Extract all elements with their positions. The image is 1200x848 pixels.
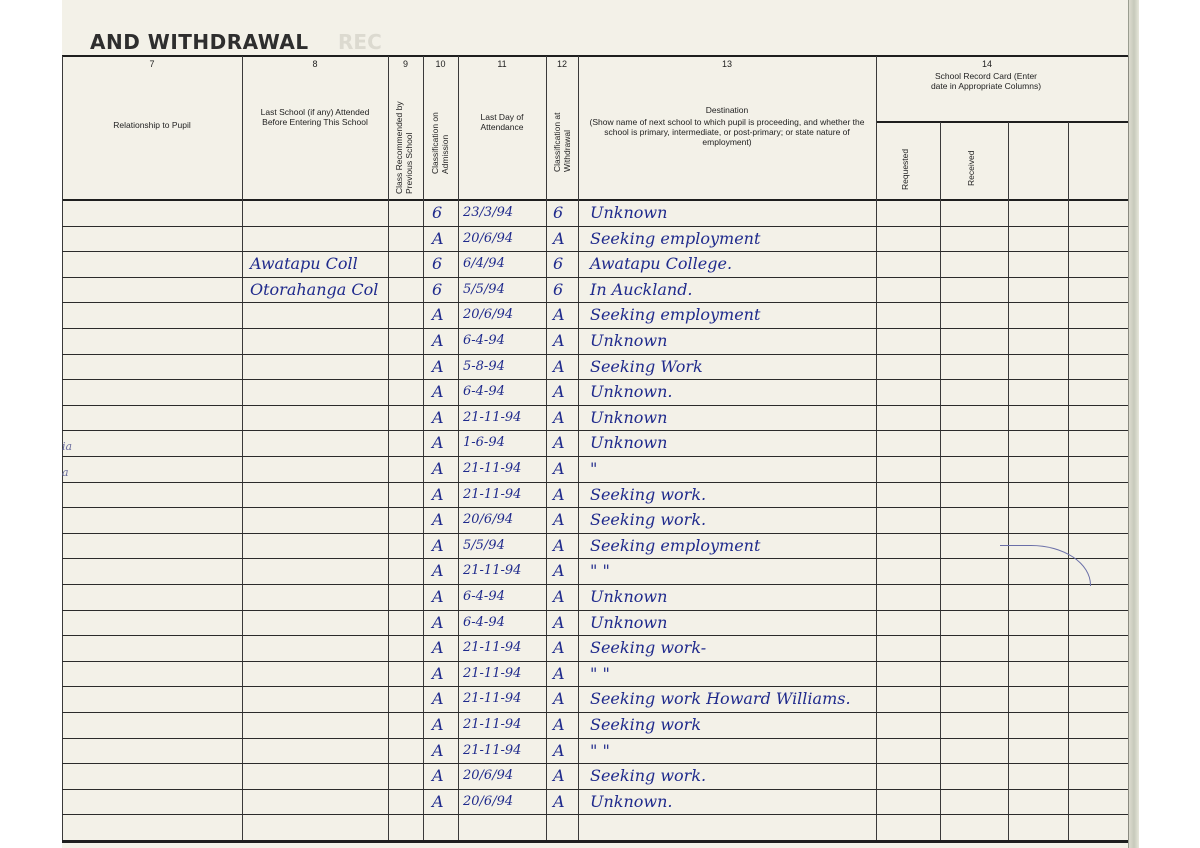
classification-withdrawal-cell: A xyxy=(553,536,565,556)
row-rule xyxy=(62,635,1128,636)
classification-admission-cell: A xyxy=(432,766,444,786)
last-day-cell: 21-11-94 xyxy=(463,408,521,428)
col-9-header: Class Recommended by Previous School xyxy=(394,84,416,194)
row-rule xyxy=(62,763,1128,764)
row-rule xyxy=(62,712,1128,713)
classification-withdrawal-cell: A xyxy=(553,408,565,428)
classification-admission-cell: A xyxy=(432,536,444,556)
last-day-cell: 21-11-94 xyxy=(463,689,521,709)
classification-withdrawal-cell: A xyxy=(553,510,565,530)
classification-withdrawal-cell: A xyxy=(553,382,565,402)
classification-admission-cell: A xyxy=(432,229,444,249)
classification-admission-cell: A xyxy=(432,357,444,377)
classification-withdrawal-cell: A xyxy=(553,459,565,479)
destination-cell: Unknown xyxy=(590,613,667,633)
row-rule xyxy=(62,430,1128,431)
classification-admission-cell: A xyxy=(432,485,444,505)
last-day-cell: 5/5/94 xyxy=(463,536,505,556)
last-day-cell: 20/6/94 xyxy=(463,766,513,786)
destination-cell: Awatapu College. xyxy=(590,254,732,274)
classification-admission-cell: A xyxy=(432,689,444,709)
last-day-cell: 6-4-94 xyxy=(463,331,505,351)
destination-cell: Seeking work xyxy=(590,715,701,735)
column-divider xyxy=(423,56,424,840)
col-12-number: 12 xyxy=(546,59,578,69)
classification-admission-cell: A xyxy=(432,715,444,735)
column-divider xyxy=(546,56,547,840)
row-rule xyxy=(62,226,1128,227)
classification-admission-cell: A xyxy=(432,741,444,761)
last-day-cell: 21-11-94 xyxy=(463,741,521,761)
col-14-number: 14 xyxy=(876,59,1098,69)
classification-withdrawal-cell: A xyxy=(553,741,565,761)
row-rule xyxy=(62,661,1128,662)
destination-cell: Seeking work Howard Williams. xyxy=(590,689,851,709)
last-day-cell: 5-8-94 xyxy=(463,357,505,377)
classification-withdrawal-cell: A xyxy=(553,766,565,786)
destination-cell: Unknown. xyxy=(590,792,673,812)
destination-cell: Unknown xyxy=(590,331,667,351)
classification-admission-cell: 6 xyxy=(432,254,442,274)
classification-admission-cell: A xyxy=(432,382,444,402)
last-day-cell: 21-11-94 xyxy=(463,561,521,581)
last-day-cell: 1-6-94 xyxy=(463,433,505,453)
destination-cell: Seeking work. xyxy=(590,510,706,530)
column-divider xyxy=(940,122,941,840)
col-14-subheader-rule xyxy=(876,121,1128,123)
margin-note: a xyxy=(62,466,69,479)
column-divider xyxy=(388,56,389,840)
col-11-header: Last Day of Attendance xyxy=(468,112,536,132)
header-top-rule xyxy=(62,55,1128,57)
col-10-number: 10 xyxy=(423,59,458,69)
last-day-cell: 23/3/94 xyxy=(463,203,513,223)
last-day-cell: 20/6/94 xyxy=(463,510,513,530)
classification-withdrawal-cell: 6 xyxy=(553,280,563,300)
column-divider xyxy=(1128,56,1129,840)
classification-admission-cell: A xyxy=(432,638,444,658)
last-school-cell: Awatapu Coll xyxy=(250,254,358,274)
last-day-cell: 21-11-94 xyxy=(463,715,521,735)
destination-cell: Seeking work. xyxy=(590,766,706,786)
bleed-through-title: REC xyxy=(338,30,382,54)
destination-cell: Unknown xyxy=(590,433,667,453)
row-rule xyxy=(62,840,1128,843)
classification-withdrawal-cell: A xyxy=(553,433,565,453)
col-13-header: (Show name of next school to which pupil… xyxy=(583,117,871,147)
destination-cell: Seeking employment xyxy=(590,229,760,249)
destination-cell: Seeking Work xyxy=(590,357,703,377)
column-divider xyxy=(1068,122,1069,840)
col-14-requested-header: Requested xyxy=(900,130,920,190)
column-divider xyxy=(1008,122,1009,840)
classification-admission-cell: 6 xyxy=(432,280,442,300)
row-rule xyxy=(62,354,1128,355)
book-spine xyxy=(1128,0,1139,848)
classification-withdrawal-cell: A xyxy=(553,664,565,684)
destination-cell: Unknown xyxy=(590,408,667,428)
row-rule xyxy=(62,533,1128,534)
row-rule xyxy=(62,814,1128,815)
header-bottom-rule xyxy=(62,199,1128,201)
classification-admission-cell: A xyxy=(432,613,444,633)
destination-cell: " " xyxy=(590,561,610,581)
destination-cell: Seeking work- xyxy=(590,638,706,658)
column-divider xyxy=(876,56,877,840)
classification-admission-cell: A xyxy=(432,792,444,812)
destination-cell: Seeking work. xyxy=(590,485,706,505)
row-rule xyxy=(62,558,1128,559)
row-rule xyxy=(62,456,1128,457)
row-rule xyxy=(62,584,1128,585)
classification-withdrawal-cell: 6 xyxy=(553,254,563,274)
last-day-cell: 20/6/94 xyxy=(463,229,513,249)
row-rule xyxy=(62,379,1128,380)
column-divider xyxy=(242,56,243,840)
classification-withdrawal-cell: A xyxy=(553,305,565,325)
col-7-number: 7 xyxy=(62,59,242,69)
col-14-received-header: Received xyxy=(966,136,986,186)
destination-cell: Seeking employment xyxy=(590,305,760,325)
col-10-header: Classification on Admission xyxy=(430,84,452,174)
last-school-cell: Otorahanga Col xyxy=(250,280,378,300)
classification-withdrawal-cell: A xyxy=(553,331,565,351)
classification-admission-cell: A xyxy=(432,587,444,607)
last-day-cell: 6-4-94 xyxy=(463,587,505,607)
classification-admission-cell: A xyxy=(432,510,444,530)
classification-admission-cell: A xyxy=(432,459,444,479)
destination-cell: In Auckland. xyxy=(590,280,693,300)
row-rule xyxy=(62,738,1128,739)
classification-withdrawal-cell: A xyxy=(553,689,565,709)
col-12-header: Classification at Withdrawal xyxy=(552,92,574,172)
classification-admission-cell: A xyxy=(432,305,444,325)
classification-withdrawal-cell: A xyxy=(553,229,565,249)
classification-withdrawal-cell: 6 xyxy=(553,203,563,223)
last-day-cell: 21-11-94 xyxy=(463,485,521,505)
destination-cell: " xyxy=(590,459,597,479)
last-day-cell: 20/6/94 xyxy=(463,792,513,812)
col-13-header-title: Destination xyxy=(583,105,871,115)
last-day-cell: 6-4-94 xyxy=(463,613,505,633)
classification-withdrawal-cell: A xyxy=(553,638,565,658)
classification-withdrawal-cell: A xyxy=(553,792,565,812)
last-day-cell: 5/5/94 xyxy=(463,280,505,300)
row-rule xyxy=(62,302,1128,303)
classification-admission-cell: 6 xyxy=(432,203,442,223)
classification-withdrawal-cell: A xyxy=(553,357,565,377)
last-day-cell: 20/6/94 xyxy=(463,305,513,325)
row-rule xyxy=(62,686,1128,687)
last-day-cell: 21-11-94 xyxy=(463,664,521,684)
row-rule xyxy=(62,482,1128,483)
last-day-cell: 21-11-94 xyxy=(463,459,521,479)
page-title: AND WITHDRAWAL xyxy=(90,30,309,54)
destination-cell: Unknown xyxy=(590,587,667,607)
classification-admission-cell: A xyxy=(432,561,444,581)
column-divider xyxy=(578,56,579,840)
col-11-number: 11 xyxy=(458,59,546,69)
col-9-number: 9 xyxy=(388,59,423,69)
row-rule xyxy=(62,251,1128,252)
classification-admission-cell: A xyxy=(432,664,444,684)
row-rule xyxy=(62,610,1128,611)
last-day-cell: 21-11-94 xyxy=(463,638,521,658)
col-8-number: 8 xyxy=(242,59,388,69)
classification-withdrawal-cell: A xyxy=(553,587,565,607)
classification-withdrawal-cell: A xyxy=(553,561,565,581)
classification-admission-cell: A xyxy=(432,331,444,351)
row-rule xyxy=(62,277,1128,278)
last-day-cell: 6-4-94 xyxy=(463,382,505,402)
margin-note: ia xyxy=(62,440,72,453)
last-day-cell: 6/4/94 xyxy=(463,254,505,274)
classification-admission-cell: A xyxy=(432,408,444,428)
destination-cell: " " xyxy=(590,741,610,761)
col-8-header: Last School (if any) Attended Before Ent… xyxy=(252,107,378,127)
row-rule xyxy=(62,507,1128,508)
col-13-number: 13 xyxy=(578,59,876,69)
classification-withdrawal-cell: A xyxy=(553,715,565,735)
row-rule xyxy=(62,789,1128,790)
destination-cell: Seeking employment xyxy=(590,536,760,556)
column-divider xyxy=(458,56,459,840)
destination-cell: Unknown xyxy=(590,203,667,223)
classification-withdrawal-cell: A xyxy=(553,613,565,633)
col-14-header: School Record Card (Enter date in Approp… xyxy=(930,71,1042,91)
destination-cell: Unknown. xyxy=(590,382,673,402)
classification-admission-cell: A xyxy=(432,433,444,453)
destination-cell: " " xyxy=(590,664,610,684)
row-rule xyxy=(62,405,1128,406)
row-rule xyxy=(62,328,1128,329)
classification-withdrawal-cell: A xyxy=(553,485,565,505)
col-7-header: Relationship to Pupil xyxy=(92,120,212,130)
